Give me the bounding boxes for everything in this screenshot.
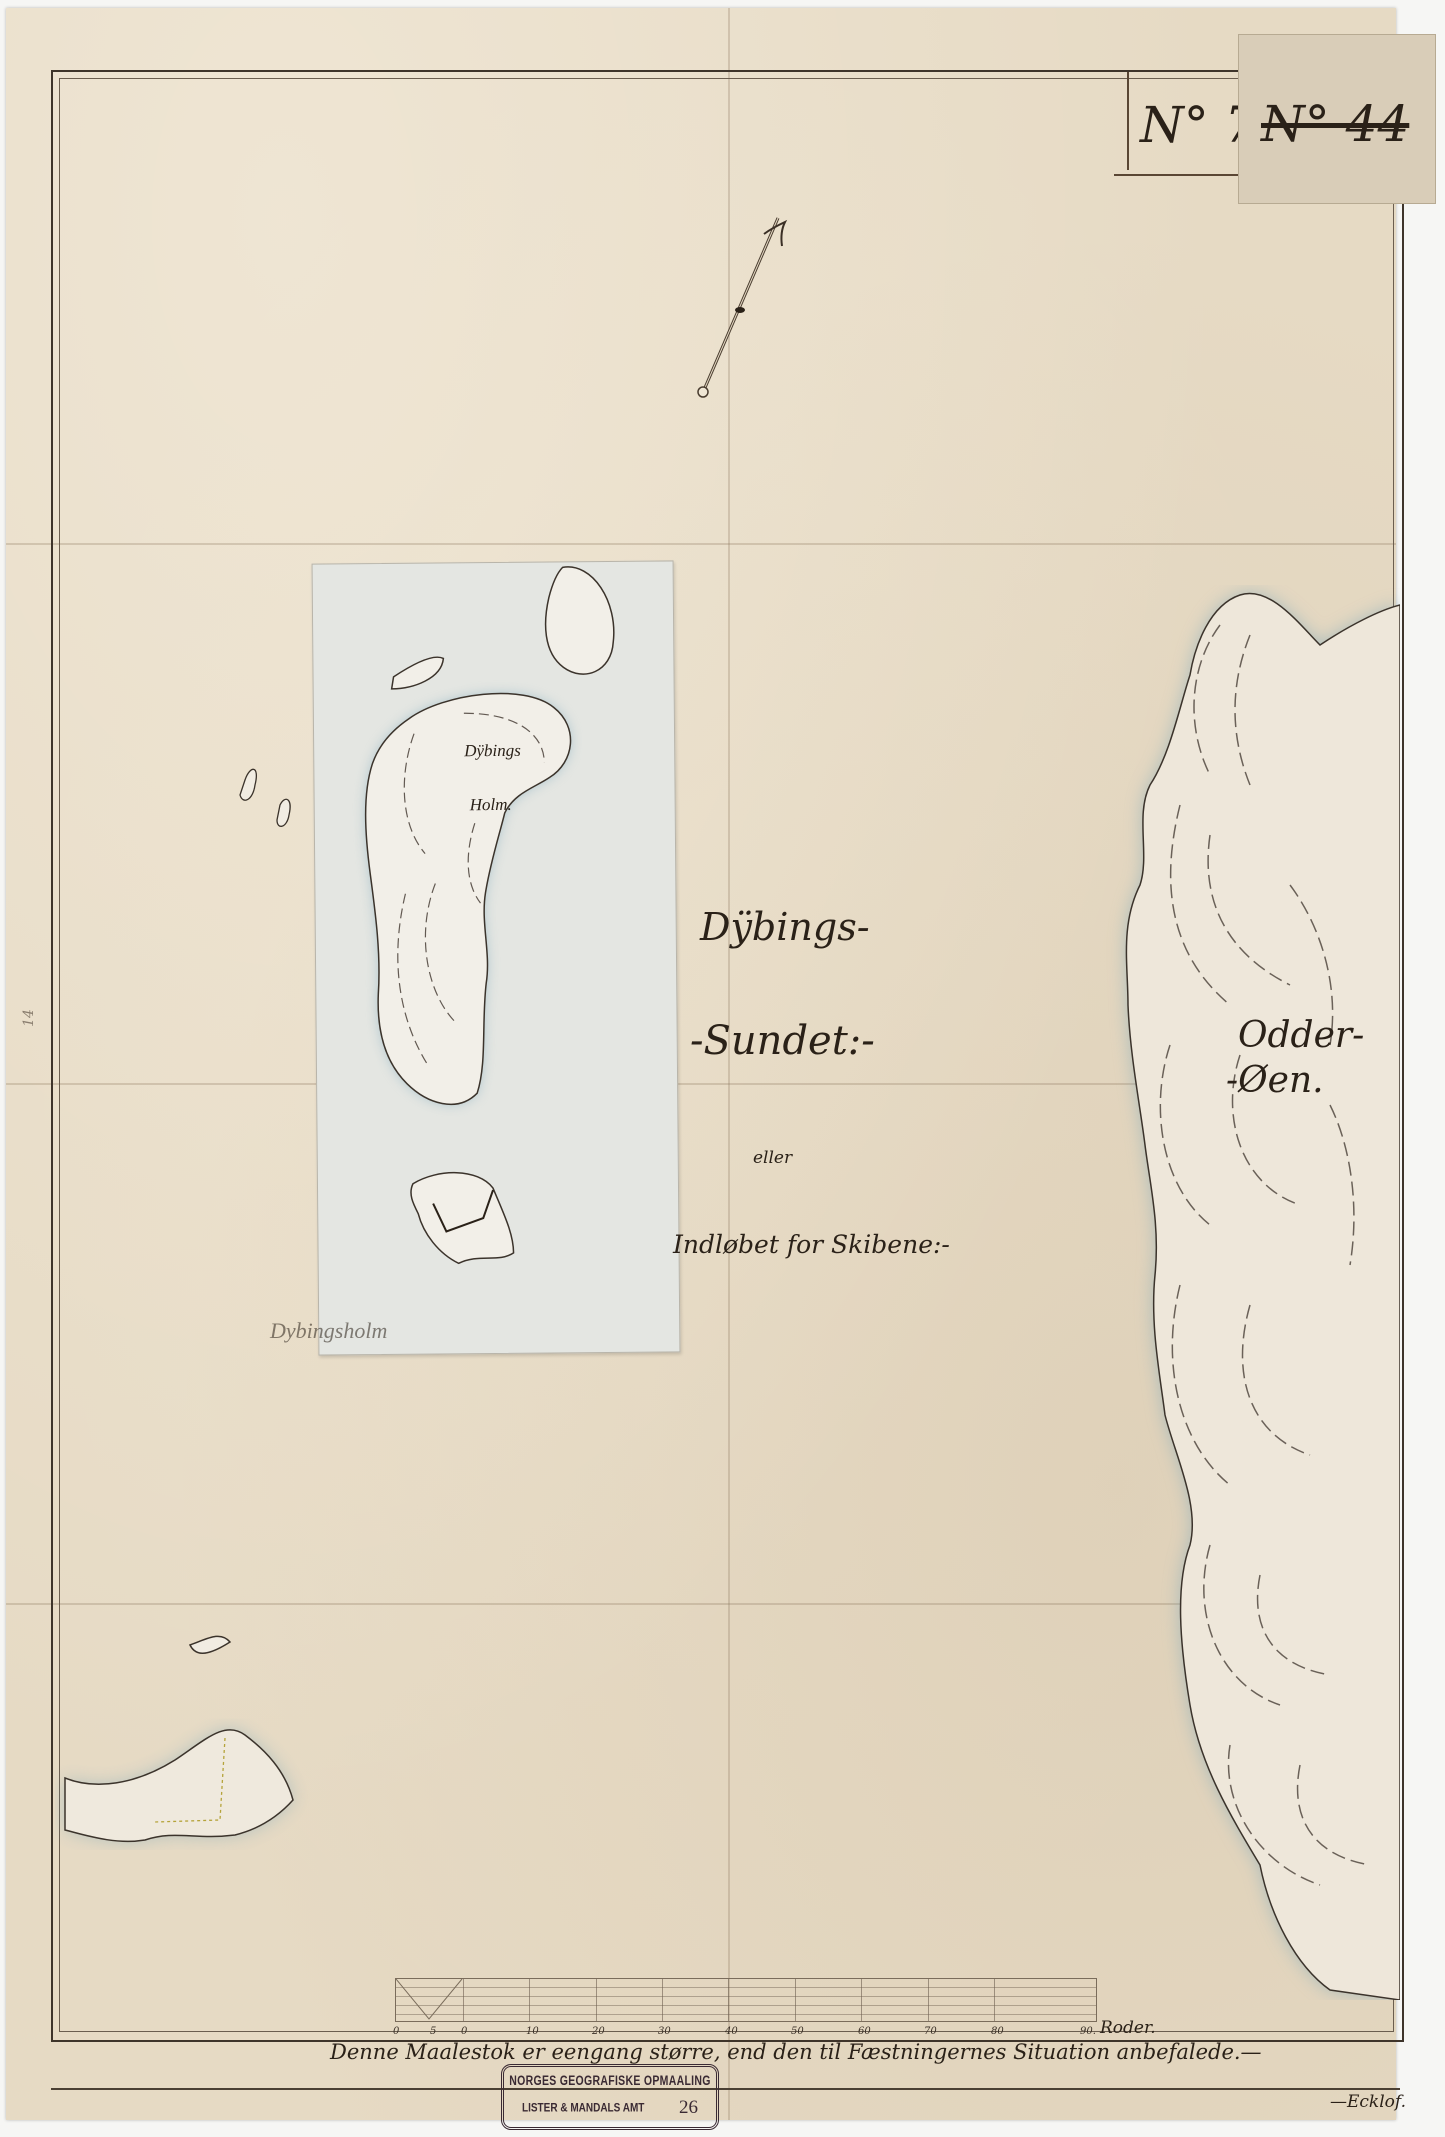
island-label-oen: -Øen. [1226,1060,1324,1101]
old-number-struck: N° 44 [1261,95,1409,153]
scale-tick: 20 [592,2026,605,2037]
covered-label-dybingsholm: Dybingsholm [270,1318,387,1344]
scale-tick: 0 [393,2026,399,2037]
lower-left-island [55,1620,315,1850]
scale-tick: 0 [461,2026,467,2037]
sound-label-indlobet: Indløbet for Skibene:- [673,1230,950,1259]
sound-label-eller: eller [753,1148,792,1168]
scale-tick: 60 [858,2026,871,2037]
west-islets [225,760,305,860]
stamp-line1: NORGES GEOGRAFISKE OPMAALING [504,2073,716,2089]
sound-label-dybings: Dÿbings- [700,905,870,949]
bottom-border-rule [51,2088,1400,2090]
holm-label-holm: Holm. [470,795,512,815]
pasted-label-patch: N° 44 [1238,34,1436,204]
island-label-odder: Odder- [1238,1015,1364,1056]
inset-islands [313,561,680,1354]
scale-tick: 70 [924,2026,937,2037]
map-number-underline [1114,174,1241,176]
scale-caption: Denne Maalestok er eengang større, end d… [330,2040,1262,2064]
map-number-bracket [1127,72,1129,170]
scale-tick: 5 [430,2026,436,2037]
scale-tick: 90. [1080,2026,1096,2037]
stamp-number: 26 [679,2097,698,2119]
scale-tick: 10 [526,2026,539,2037]
holm-label-dybings: Dÿbings [464,741,521,761]
archive-stamp: NORGES GEOGRAFISKE OPMAALING LISTER & MA… [501,2064,719,2130]
stamp-line2: LISTER & MANDALS AMT [522,2102,644,2115]
inset-map-dybingsholm: Dÿbings Holm. [312,560,681,1355]
scale-tick: 80 [991,2026,1004,2037]
sound-label-sundet: -Sundet:- [690,1018,875,1064]
scale-tick: 50 [791,2026,804,2037]
odderoen-island [1080,585,1400,2000]
scale-bar [395,1978,1097,2022]
signature: —Ecklof. [1330,2092,1406,2112]
scale-tick: 40 [725,2026,738,2037]
margin-mark: 14 [21,1009,37,1027]
scale-unit: Roder. [1100,2018,1156,2038]
scale-tick: 30 [658,2026,671,2037]
north-arrow-icon [690,200,800,400]
